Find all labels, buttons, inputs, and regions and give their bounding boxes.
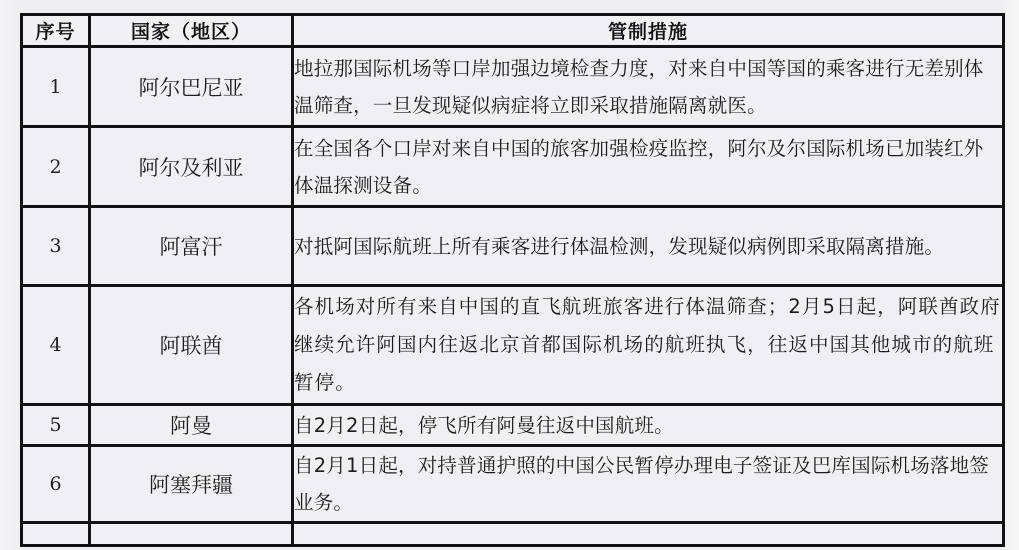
row-country: 阿曼 xyxy=(90,405,293,446)
table-row: 2 阿尔及利亚 在全国各个口岸对来自中国的旅客加强检疫监控，阿尔及尔国际机场已加… xyxy=(22,127,1004,207)
row-measure: 地拉那国际机场等口岸加强边境检查力度，对来自中国等国的乘客进行无差别体温筛查，一… xyxy=(293,47,1004,127)
row-number: 2 xyxy=(22,127,90,207)
row-number: 3 xyxy=(22,207,90,286)
row-number: 1 xyxy=(22,47,90,127)
row-measure: 自2月1日起，对持普通护照的中国公民暂停办理电子签证及巴库国际机场落地签业务。 xyxy=(293,446,1004,523)
table-row: 1 阿尔巴尼亚 地拉那国际机场等口岸加强边境检查力度，对来自中国等国的乘客进行无… xyxy=(22,47,1004,127)
row-country: 阿塞拜疆 xyxy=(90,446,293,523)
header-country: 国家（地区） xyxy=(90,15,293,47)
row-country xyxy=(90,523,293,546)
header-measures: 管制措施 xyxy=(293,15,1004,47)
row-measure xyxy=(293,523,1004,546)
row-country: 阿联酋 xyxy=(90,286,293,405)
row-number: 4 xyxy=(22,286,90,405)
table-row-partial xyxy=(22,523,1004,546)
table-row: 6 阿塞拜疆 自2月1日起，对持普通护照的中国公民暂停办理电子签证及巴库国际机场… xyxy=(22,446,1004,523)
row-measure: 自2月2日起，停飞所有阿曼往返中国航班。 xyxy=(293,405,1004,446)
row-measure: 对抵阿国际航班上所有乘客进行体温检测，发现疑似病例即采取隔离措施。 xyxy=(293,207,1004,286)
control-measures-table: 序号 国家（地区） 管制措施 1 阿尔巴尼亚 地拉那国际机场等口岸加强边境检查力… xyxy=(20,13,1005,547)
row-measure: 各机场对所有来自中国的直飞航班旅客进行体温筛查；2月5日起，阿联酋政府继续允许阿… xyxy=(293,286,1004,405)
row-measure: 在全国各个口岸对来自中国的旅客加强检疫监控，阿尔及尔国际机场已加装红外体温探测设… xyxy=(293,127,1004,207)
table-row: 4 阿联酋 各机场对所有来自中国的直飞航班旅客进行体温筛查；2月5日起，阿联酋政… xyxy=(22,286,1004,405)
header-number: 序号 xyxy=(22,15,90,47)
table-header-row: 序号 国家（地区） 管制措施 xyxy=(22,15,1004,47)
table-row: 5 阿曼 自2月2日起，停飞所有阿曼往返中国航班。 xyxy=(22,405,1004,446)
table-row: 3 阿富汗 对抵阿国际航班上所有乘客进行体温检测，发现疑似病例即采取隔离措施。 xyxy=(22,207,1004,286)
row-country: 阿尔及利亚 xyxy=(90,127,293,207)
row-number xyxy=(22,523,90,546)
row-country: 阿富汗 xyxy=(90,207,293,286)
row-number: 5 xyxy=(22,405,90,446)
row-number: 6 xyxy=(22,446,90,523)
row-country: 阿尔巴尼亚 xyxy=(90,47,293,127)
